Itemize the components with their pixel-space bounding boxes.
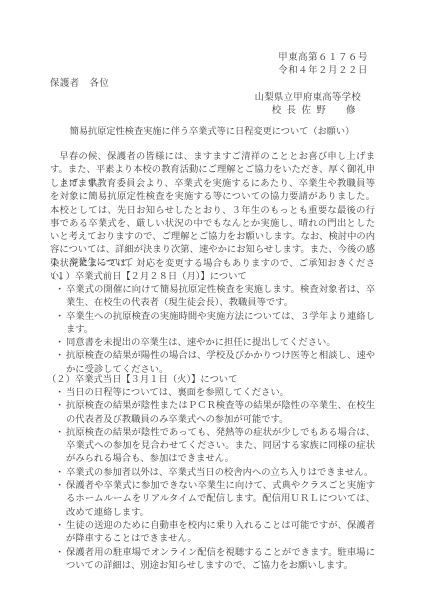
bullet-list-day-before: ・卒業式の開催に向けて簡易抗原定性検査を実施します。検査対象者は、卒業生、在校生… — [55, 283, 375, 376]
document-date: 令和４年２月２２日 — [278, 64, 368, 77]
list-item-text: 卒業式の開催に向けて簡易抗原定性検査を実施します。検査対象者は、卒業生、在校生の… — [66, 284, 375, 308]
list-item: ・卒業生への抗原検査の実施時間や実施方法については、３学年より連絡します。 — [55, 310, 375, 337]
list-item-text: 保護者用の駐車場でオンライン配信を視聴することができます。駐車場についての詳細は… — [66, 547, 375, 571]
list-item: ・卒業式の開催に向けて簡易抗原定性検査を実施します。検査対象者は、卒業生、在校生… — [55, 283, 375, 310]
bullet-list-ceremony-day: ・当日の日程等については、裏面を参照してください。 ・抗原検査の結果が陰性または… — [55, 386, 375, 572]
bullet-icon: ・ — [55, 310, 64, 323]
bullet-icon: ・ — [55, 349, 64, 362]
subsection-heading-ceremony-day: （２）卒業式当日【３月１日（火）】について — [47, 373, 237, 386]
list-item: ・保護者用の駐車場でオンライン配信を視聴することができます。駐車場についての詳細… — [55, 546, 375, 573]
addressee: 保護者 各位 — [50, 77, 109, 90]
list-item-text: 抗原検査の結果が陰性であっても、発熱等の症状が少しでもある場合は、卒業式への参加… — [66, 427, 375, 465]
bullet-icon: ・ — [55, 519, 64, 532]
list-item-text: 同意書を未提出の卒業生は、速やかに担任に提出してください。 — [66, 337, 336, 348]
list-item-text: 抗原検査の結果が陰性またはＰＣＲ検査等の結果が陰性の卒業生、在校生の代表者及び教… — [66, 400, 375, 424]
document-number: 甲東高第６１７６号 — [278, 51, 368, 64]
list-item-text: 当日の日程等については、裏面を参照してください。 — [66, 387, 289, 398]
bullet-icon: ・ — [55, 399, 64, 412]
list-item: ・抗原検査の結果が陰性またはＰＣＲ検査等の結果が陰性の卒業生、在校生の代表者及び… — [55, 399, 375, 426]
list-item: ・保護者や卒業式に参加できない卒業生に向けて、式典やクラスごと実施するホームルー… — [55, 479, 375, 519]
section-heading-graduates: １ 卒業生について — [50, 256, 134, 269]
list-item-text: 卒業生への抗原検査の実施時間や実施方法については、３学年より連絡します。 — [66, 311, 375, 335]
list-item-text: 生徒の送迎のために自動車を校内に乗り入れることは可能ですが、保護者が降車すること… — [66, 520, 375, 544]
bullet-icon: ・ — [55, 546, 64, 559]
list-item: ・当日の日程等については、裏面を参照してください。 — [55, 386, 375, 399]
bullet-icon: ・ — [55, 466, 64, 479]
sender-principal: 校長佐野 修 — [272, 104, 361, 117]
subsection-heading-day-before: （１）卒業式前日【２月２８日（月）】について — [47, 270, 247, 283]
list-item-text: 保護者や卒業式に参加できない卒業生に向けて、式典やクラスごと実施するホームルーム… — [66, 480, 375, 518]
bullet-icon: ・ — [55, 386, 64, 399]
document-title: 簡易抗原定性検査実施に伴う卒業式等に日程変更について（お願い） — [0, 125, 424, 138]
bullet-icon: ・ — [55, 426, 64, 439]
list-item-text: 卒業式の参加者以外は、卒業式当日の校舎内への立ち入りはできません。 — [66, 467, 373, 478]
bullet-icon: ・ — [55, 479, 64, 492]
sender-school: 山梨県立甲府東高等学校 — [255, 91, 361, 104]
list-item: ・生徒の送迎のために自動車を校内に乗り入れることは可能ですが、保護者が降車するこ… — [55, 519, 375, 546]
list-item: ・同意書を未提出の卒業生は、速やかに担任に提出してください。 — [55, 336, 375, 349]
bullet-icon: ・ — [55, 283, 64, 296]
list-item: ・抗原検査の結果が陰性であっても、発熱等の症状が少しでもある場合は、卒業式への参… — [55, 426, 375, 466]
list-item: ・卒業式の参加者以外は、卒業式当日の校舎内への立ち入りはできません。 — [55, 466, 375, 479]
list-item-text: 抗原検査の結果が陽性の場合は、学校及びかかりつけ医等と相談し、速やかに受診してく… — [66, 350, 375, 374]
bullet-icon: ・ — [55, 336, 64, 349]
